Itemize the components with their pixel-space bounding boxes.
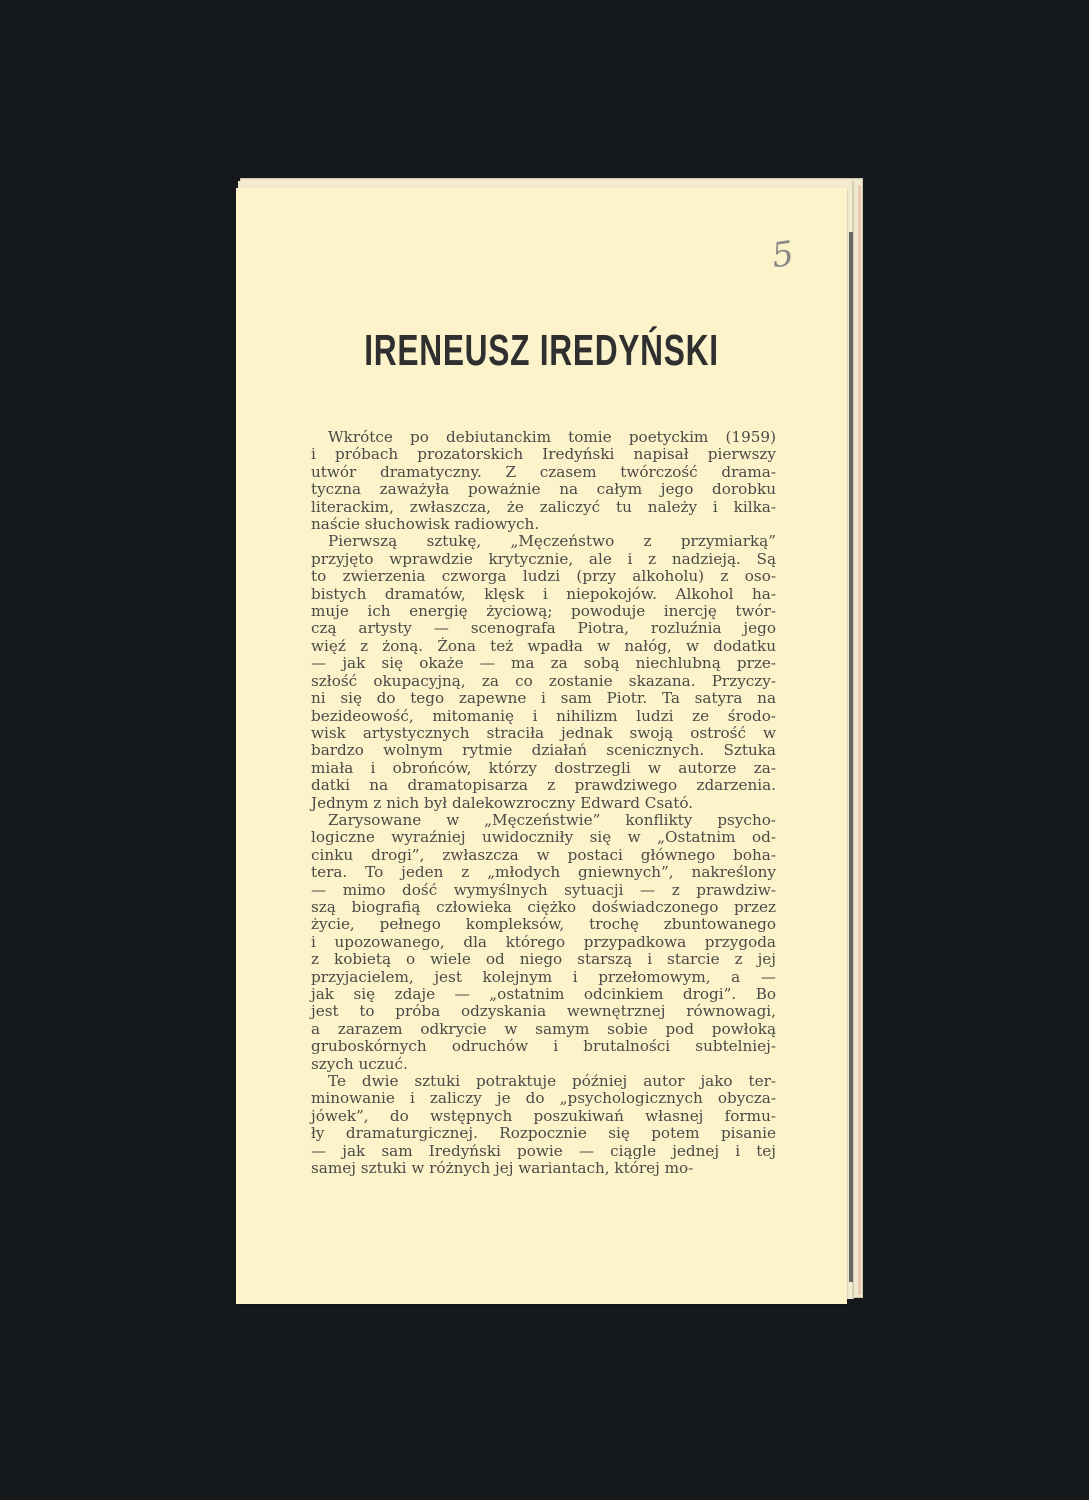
text-line: Wkrótce po debiutanckim tomie poetyckim … — [311, 429, 776, 446]
text-line: ni się do tego zapewne i sam Piotr. Ta s… — [294, 690, 776, 707]
text-line: cinku drogi”, zwłaszcza w postaci główne… — [294, 847, 776, 864]
text-line: życie, pełnego kompleksów, trochę zbunto… — [294, 916, 776, 933]
text-line: muje ich energię życiową; powoduje inerc… — [294, 603, 776, 620]
text-line: minowanie i zaliczy je do „psychologiczn… — [294, 1090, 776, 1107]
text-line: przyjęto wprawdzie krytycznie, ale i z n… — [294, 551, 776, 568]
text-line: szą biografią człowieka ciężko doświadcz… — [294, 899, 776, 916]
text-line: literackim, zwłaszcza, że zaliczyć tu na… — [294, 499, 776, 516]
text-line: a zarazem odkrycie w samym sobie pod pow… — [294, 1021, 776, 1038]
text-line: tyczna zaważyła poważnie na całym jego d… — [294, 481, 776, 498]
text-line: jest to próba odzyskania wewnętrznej rów… — [294, 1003, 776, 1020]
text-line: przyjacielem, jest kolejnym i przełomowy… — [294, 969, 776, 986]
page-edge-tint — [858, 185, 861, 1295]
binding-edge — [849, 232, 853, 1282]
text-line: bistych dramatów, klęsk i niepokojów. Al… — [294, 586, 776, 603]
text-line: tera. To jeden z „młodych gniewnych”, na… — [294, 864, 776, 881]
paragraph: Zarysowane w „Męczeństwie” konflikty psy… — [311, 812, 776, 1073]
article-body: Wkrótce po debiutanckim tomie poetyckim … — [311, 429, 776, 1177]
text-line: utwór dramatyczny. Z czasem twórczość dr… — [294, 464, 776, 481]
text-line: naście słuchowisk radiowych. — [294, 516, 776, 533]
text-line: z kobietą o wiele od niego starszą i sta… — [294, 951, 776, 968]
text-line: datki na dramatopisarza z prawdziwego zd… — [294, 777, 776, 794]
text-line: — mimo dość wymyślnych sytuacji — z praw… — [294, 882, 776, 899]
text-line: i upozowanego, dla którego przypadkowa p… — [294, 934, 776, 951]
text-line: ły dramaturgicznej. Rozpocznie się potem… — [294, 1125, 776, 1142]
text-line: Jednym z nich był dalekowzroczny Edward … — [294, 795, 776, 812]
text-line: logiczne wyraźniej uwidoczniły się w „Os… — [294, 829, 776, 846]
paragraph: Te dwie sztuki potraktuje później autor … — [311, 1073, 776, 1177]
text-line: Pierwszą sztukę, „Męczeństwo z przymiark… — [311, 533, 776, 550]
text-line: — jak się okaże — ma za sobą niechlubną … — [294, 655, 776, 672]
text-line: bardzo wolnym rytmie działań scenicznych… — [294, 742, 776, 759]
text-line: samej sztuki w różnych jej wariantach, k… — [294, 1160, 776, 1177]
text-line: gruboskórnych odruchów i brutalności sub… — [294, 1038, 776, 1055]
text-line: jak się zdaje — „ostatnim odcinkiem drog… — [294, 986, 776, 1003]
page-title: IRENEUSZ IREDYŃSKI — [322, 326, 762, 376]
text-line: Te dwie sztuki potraktuje później autor … — [311, 1073, 776, 1090]
text-line: więź z żoną. Żona też wpadła w nałóg, w … — [294, 638, 776, 655]
text-line: szych uczuć. — [294, 1056, 776, 1073]
text-line: wisk artystycznych straciła jednak swoją… — [294, 725, 776, 742]
text-line: — jak sam Iredyński powie — ciągle jedne… — [294, 1143, 776, 1160]
text-line: czą artysty — scenografa Piotra, rozluźn… — [294, 620, 776, 637]
text-line: jówek”, do wstępnych poszukiwań własnej … — [294, 1108, 776, 1125]
text-line: to zwierzenia czworga ludzi (przy alkoho… — [294, 568, 776, 585]
paragraph: Pierwszą sztukę, „Męczeństwo z przymiark… — [311, 533, 776, 812]
document-page: IRENEUSZ IREDYŃSKI Wkrótce po debiutanck… — [236, 188, 847, 1304]
text-line: szłość okupacyjną, za co zostanie skazan… — [294, 673, 776, 690]
text-line: bezideowość, mitomanię i nihilizm ludzi … — [294, 708, 776, 725]
text-line: Zarysowane w „Męczeństwie” konflikty psy… — [311, 812, 776, 829]
text-line: miała i obrońców, którzy dostrzegli w au… — [294, 760, 776, 777]
text-line: i próbach prozatorskich Iredyński napisa… — [294, 446, 776, 463]
paragraph: Wkrótce po debiutanckim tomie poetyckim … — [311, 429, 776, 533]
